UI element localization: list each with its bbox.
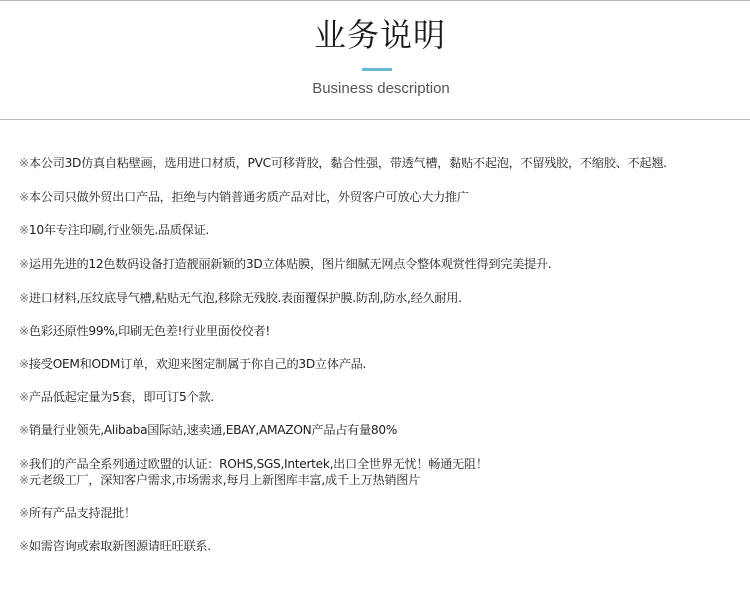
note-item: ※10年专注印刷,行业领先.品质保证. [19, 222, 209, 238]
note-text: 产品低起定量为5套，即可订5个款. [29, 390, 214, 404]
reference-mark-icon: ※ [19, 156, 29, 170]
reference-mark-icon: ※ [19, 390, 29, 404]
reference-mark-icon: ※ [19, 257, 29, 271]
reference-mark-icon: ※ [19, 190, 29, 204]
note-text: 如需咨询或索取新图源请旺旺联系. [29, 539, 211, 553]
reference-mark-icon: ※ [19, 473, 29, 487]
note-text: 运用先进的12色数码设备打造靓丽新颖的3D立体贴膜，图片细腻无网点令整体观赏性得… [29, 257, 551, 271]
note-text: 销量行业领先,Alibaba国际站,速卖通,EBAY,AMAZON产品占有量80… [29, 423, 397, 437]
top-border [0, 0, 750, 1]
note-text: 接受OEM和ODM订单，欢迎来图定制属于你自己的3D立体产品. [29, 357, 366, 371]
note-item: ※接受OEM和ODM订单，欢迎来图定制属于你自己的3D立体产品. [19, 356, 366, 372]
reference-mark-icon: ※ [19, 423, 29, 437]
note-item: ※本公司只做外贸出口产品，拒绝与内销普通劣质产品对比，外贸客户可放心大力推广 [19, 189, 469, 205]
note-text: 所有产品支持混批！ [29, 506, 136, 520]
note-text: 本公司只做外贸出口产品，拒绝与内销普通劣质产品对比，外贸客户可放心大力推广 [29, 190, 469, 204]
reference-mark-icon: ※ [19, 539, 29, 553]
note-item: ※元老级工厂，深知客户需求,市场需求,每月上新图库丰富,成千上万热销图片 [19, 472, 420, 488]
page-subtitle: Business description [0, 79, 750, 99]
note-item: ※进口材料,压纹底导气槽,粘贴无气泡,移除无残胶.表面覆保护膜.防刮,防水,经久… [19, 290, 462, 306]
page-title: 业务说明 [0, 15, 750, 55]
reference-mark-icon: ※ [19, 324, 29, 338]
reference-mark-icon: ※ [19, 291, 29, 305]
note-item: ※色彩还原性99%,印刷无色差!行业里面佼佼者! [19, 323, 270, 339]
note-item: ※所有产品支持混批！ [19, 505, 136, 521]
note-text: 元老级工厂，深知客户需求,市场需求,每月上新图库丰富,成千上万热销图片 [29, 473, 420, 487]
note-item: ※如需咨询或索取新图源请旺旺联系. [19, 538, 211, 554]
note-item: ※本公司3D仿真自粘壁画，选用进口材质，PVC可移背胶，黏合性强，带透气槽，黏贴… [19, 155, 667, 171]
note-text: 本公司3D仿真自粘壁画，选用进口材质，PVC可移背胶，黏合性强，带透气槽，黏贴不… [29, 156, 667, 170]
reference-mark-icon: ※ [19, 506, 29, 520]
note-item: ※我们的产品全系列通过欧盟的认证：ROHS,SGS,Intertek,出口全世界… [19, 456, 488, 472]
note-text: 10年专注印刷,行业领先.品质保证. [29, 223, 209, 237]
header-divider [0, 119, 750, 120]
note-item: ※产品低起定量为5套，即可订5个款. [19, 389, 214, 405]
reference-mark-icon: ※ [19, 457, 29, 471]
note-text: 我们的产品全系列通过欧盟的认证：ROHS,SGS,Intertek,出口全世界无… [29, 457, 488, 471]
reference-mark-icon: ※ [19, 223, 29, 237]
note-item: ※销量行业领先,Alibaba国际站,速卖通,EBAY,AMAZON产品占有量8… [19, 422, 397, 438]
note-text: 色彩还原性99%,印刷无色差!行业里面佼佼者! [29, 324, 270, 338]
title-accent-line [362, 68, 392, 71]
reference-mark-icon: ※ [19, 357, 29, 371]
note-text: 进口材料,压纹底导气槽,粘贴无气泡,移除无残胶.表面覆保护膜.防刮,防水,经久耐… [29, 291, 462, 305]
note-item: ※运用先进的12色数码设备打造靓丽新颖的3D立体贴膜，图片细腻无网点令整体观赏性… [19, 256, 551, 272]
